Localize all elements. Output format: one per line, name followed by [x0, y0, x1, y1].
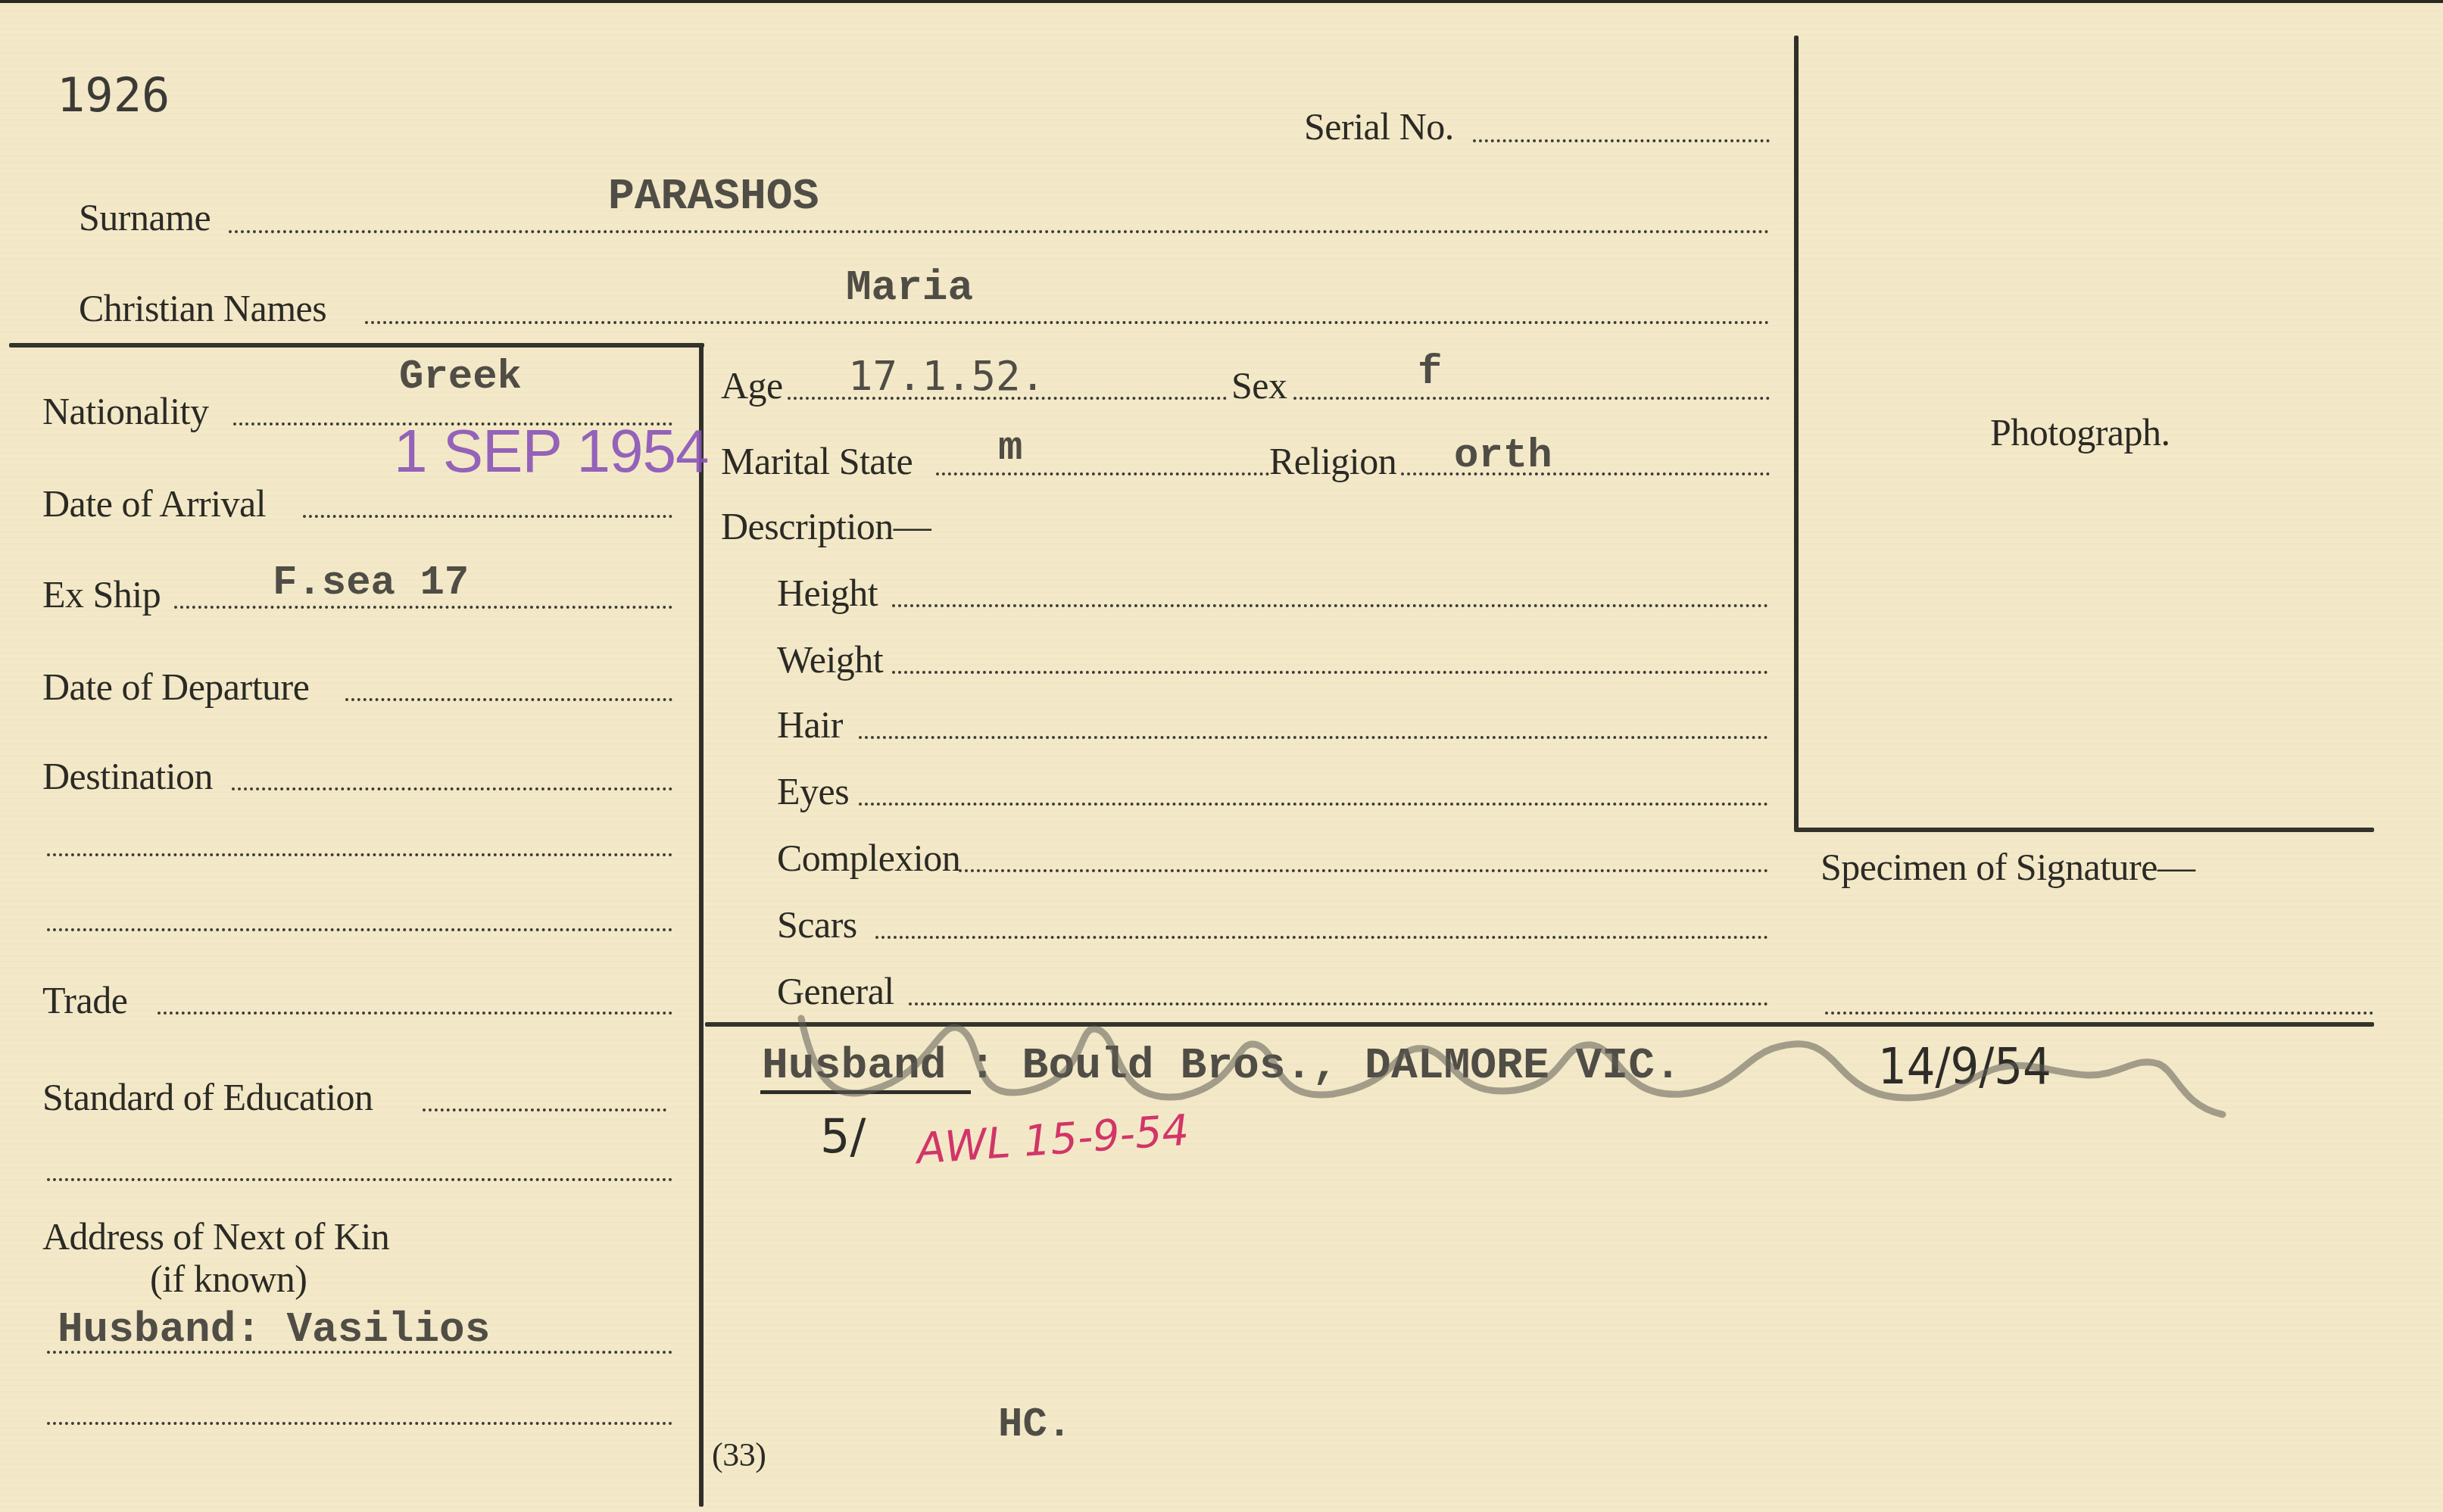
description-label: Description—: [721, 507, 931, 545]
christian-names-field-line: [365, 321, 1770, 324]
christian-names-value[interactable]: Maria: [846, 267, 973, 309]
marital-state-field-line: [936, 472, 1269, 475]
next-of-kin-label: Address of Next of Kin: [42, 1217, 389, 1255]
registration-card: 1926 Serial No. Surname PARASHOS Christi…: [0, 0, 2443, 1512]
destination-label: Destination: [42, 757, 213, 795]
surname-label: Surname: [79, 198, 211, 236]
description-label-scars: Scars: [777, 906, 857, 943]
trade-label: Trade: [42, 981, 127, 1019]
reference-number: 5/: [820, 1113, 866, 1160]
left-top-rule: [9, 343, 704, 348]
destination-field[interactable]: [232, 787, 672, 790]
standard-of-education-field-line-2[interactable]: [47, 1178, 672, 1181]
card-number: 1926: [57, 72, 170, 119]
description-field-scars[interactable]: [875, 936, 1768, 939]
serial-field[interactable]: [1473, 139, 1770, 142]
date-of-arrival-field[interactable]: [303, 515, 672, 518]
standard-of-education-field[interactable]: [423, 1108, 666, 1111]
signature-field[interactable]: [1825, 1012, 2373, 1015]
initials-date: AWL 15-9-54: [915, 1110, 1190, 1171]
form-code: (33): [712, 1439, 766, 1472]
description-field-eyes[interactable]: [859, 803, 1768, 806]
nationality-value[interactable]: Greek: [399, 357, 522, 398]
nationality-label: Nationality: [42, 392, 208, 430]
photograph-box[interactable]: [1801, 38, 2373, 825]
description-field-complexion[interactable]: [959, 869, 1768, 872]
marital-state-label: Marital State: [721, 442, 913, 480]
next-of-kin-field-line-2[interactable]: [47, 1422, 672, 1425]
sex-label: Sex: [1231, 366, 1287, 404]
description-field-height[interactable]: [892, 604, 1768, 607]
religion-label: Religion: [1269, 442, 1396, 480]
surname-field-line: [229, 230, 1770, 233]
next-of-kin-value[interactable]: Husband: Vasilios: [58, 1308, 490, 1351]
ex-ship-label: Ex Ship: [42, 575, 161, 613]
photo-box-left-rule: [1794, 36, 1799, 831]
ex-ship-value[interactable]: F.sea 17: [273, 563, 469, 604]
sex-field-line: [1293, 397, 1770, 400]
address-prefix: Husband: [762, 1045, 947, 1089]
center-divider: [699, 344, 704, 1507]
description-field-hair[interactable]: [859, 736, 1768, 739]
next-of-kin-sublabel: (if known): [150, 1260, 307, 1298]
office-code: HC.: [998, 1405, 1072, 1446]
address-text: : Bould Bros., DALMORE VIC.: [969, 1045, 1681, 1089]
description-label-height: Height: [777, 574, 878, 612]
date-of-departure-field[interactable]: [345, 698, 672, 701]
religion-value[interactable]: orth: [1454, 436, 1552, 477]
description-field-weight[interactable]: [892, 671, 1768, 674]
description-label-complexion: Complexion: [777, 839, 960, 877]
address-date: 14/9/54: [1878, 1042, 2051, 1092]
card-top-edge: [0, 0, 2443, 3]
arrival-date-stamp: 1 SEP 1954: [394, 421, 709, 482]
standard-of-education-label: Standard of Education: [42, 1078, 373, 1116]
lower-section-rule: [705, 1022, 2374, 1027]
date-of-departure-label: Date of Departure: [42, 668, 309, 706]
age-value[interactable]: 17.1.52.: [848, 356, 1045, 397]
address-prefix-underline: [760, 1090, 971, 1094]
age-label: Age: [721, 366, 783, 404]
marital-state-value[interactable]: m: [998, 429, 1022, 469]
description-label-general: General: [777, 972, 894, 1010]
next-of-kin-field-line: [47, 1351, 672, 1354]
signature-label: Specimen of Signature—: [1821, 848, 2195, 886]
trade-field[interactable]: [158, 1012, 672, 1015]
description-label-hair: Hair: [777, 706, 843, 744]
christian-names-label: Christian Names: [79, 289, 326, 327]
sex-value[interactable]: f: [1418, 353, 1442, 394]
photo-box-bottom-rule: [1794, 828, 2374, 832]
description-label-eyes: Eyes: [777, 772, 849, 810]
serial-label: Serial No.: [1304, 108, 1454, 145]
description-label-weight: Weight: [777, 641, 883, 678]
surname-value[interactable]: PARASHOS: [608, 176, 819, 220]
description-field-general[interactable]: [909, 1002, 1768, 1005]
destination-field-line-3[interactable]: [47, 928, 672, 931]
destination-field-line-2[interactable]: [47, 853, 672, 856]
date-of-arrival-label: Date of Arrival: [42, 485, 266, 522]
